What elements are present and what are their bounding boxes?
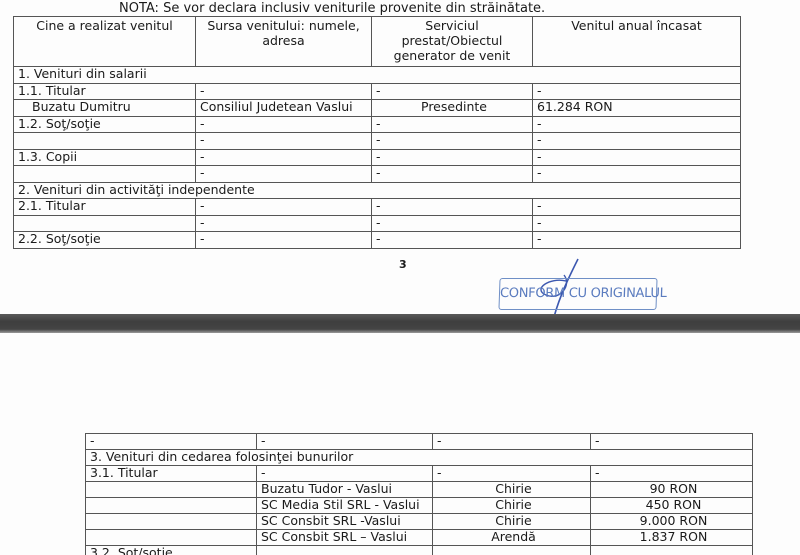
cell-income: - (591, 466, 753, 482)
table-row: 1.2. Soţ/soţie--- (14, 116, 741, 133)
table-row: 2.2. Soţ/soţie--- (14, 232, 741, 249)
cell-source: - (196, 215, 372, 232)
cell-service: Chirie (433, 498, 591, 514)
cell-who: - (86, 434, 257, 450)
section-row: 2. Venituri din activităţi independente (14, 182, 741, 199)
table-row: --- (14, 215, 741, 232)
cell-service: - (372, 232, 533, 249)
table-row: SC Consbit SRL – VasluiArendă1.837 RON (86, 530, 753, 546)
table-header-row: Cine a realizat venitul Sursa venitului:… (14, 17, 741, 67)
cell-source: - (196, 166, 372, 183)
cell-who (86, 498, 257, 514)
cell-service: Chirie (433, 482, 591, 498)
header-sursa: Sursa venitului: numele, adresa (196, 17, 372, 67)
cell-income: - (533, 166, 741, 183)
cell-who: 3.2. Soţ/soţie (86, 546, 257, 555)
cell-who (86, 530, 257, 546)
cell-service: - (372, 116, 533, 133)
document-page-1: NOTA: Se vor declara inclusiv veniturile… (0, 0, 800, 314)
income-table-part-1: Cine a realizat venitul Sursa venitului:… (13, 16, 741, 249)
cell-service: - (372, 149, 533, 166)
cell-income: - (591, 434, 753, 450)
cell-source: - (196, 116, 372, 133)
section-row: 1. Venituri din salarii (14, 67, 741, 84)
conform-stamp: CONFORM CU ORIGINALUL (498, 278, 657, 310)
table-row: SC Consbit SRL -VasluiChirie9.000 RON (86, 514, 753, 530)
cell-income: - (533, 83, 741, 100)
table-row: SC Media Stil SRL - VasluiChirie450 RON (86, 498, 753, 514)
cell-source: - (196, 83, 372, 100)
header-cine: Cine a realizat venitul (14, 17, 196, 67)
cell-source: - (196, 149, 372, 166)
page-number: 3 (399, 258, 407, 271)
cell-income: 90 RON (591, 482, 753, 498)
table-row: --- (14, 166, 741, 183)
section-title: 2. Venituri din activităţi independente (14, 182, 741, 199)
cell-income (591, 546, 753, 555)
cell-income: 450 RON (591, 498, 753, 514)
header-venit: Venitul anual încasat (533, 17, 741, 67)
table-row: 2.1. Titular--- (14, 199, 741, 216)
cell-service (433, 546, 591, 555)
document-page-2: ----3. Venituri din cedarea folosinţei b… (0, 333, 800, 555)
cell-who: 1.2. Soţ/soţie (14, 116, 196, 133)
cell-who (86, 514, 257, 530)
cell-income: - (533, 133, 741, 150)
table-row: Buzatu DumitruConsiliul Judetean VasluiP… (14, 100, 741, 117)
cell-source: SC Consbit SRL – Vaslui (257, 530, 433, 546)
cell-source: - (257, 466, 433, 482)
cell-income: - (533, 149, 741, 166)
cell-who (86, 482, 257, 498)
cell-who: 1.3. Copii (14, 149, 196, 166)
cell-service: - (372, 215, 533, 232)
page-separator (0, 314, 800, 333)
cell-source: Buzatu Tudor - Vaslui (257, 482, 433, 498)
cell-income: 61.284 RON (533, 100, 741, 117)
cell-service: Presedinte (372, 100, 533, 117)
cell-who: 3.1. Titular (86, 466, 257, 482)
cell-service: Chirie (433, 514, 591, 530)
cell-who (14, 133, 196, 150)
cell-who: 2.2. Soţ/soţie (14, 232, 196, 249)
income-table-part-2: ----3. Venituri din cedarea folosinţei b… (85, 433, 753, 555)
cell-income: 9.000 RON (591, 514, 753, 530)
note-text: NOTA: Se vor declara inclusiv veniturile… (119, 1, 545, 16)
cell-service: Arendă (433, 530, 591, 546)
cell-who: Buzatu Dumitru (14, 100, 196, 117)
cell-source: - (257, 434, 433, 450)
header-serviciu: Serviciul prestat/Obiectul generator de … (372, 17, 533, 67)
section-title: 1. Venituri din salarii (14, 67, 741, 84)
cell-income: - (533, 215, 741, 232)
table-row: Buzatu Tudor - VasluiChirie90 RON (86, 482, 753, 498)
cell-service: - (433, 434, 591, 450)
cell-source: - (196, 199, 372, 216)
cell-who (14, 215, 196, 232)
table-row: 1.1. Titular--- (14, 83, 741, 100)
table-row: --- (14, 133, 741, 150)
cell-income: 1.837 RON (591, 530, 753, 546)
table-row: ---- (86, 434, 753, 450)
cell-service: - (372, 133, 533, 150)
section-title: 3. Venituri din cedarea folosinţei bunur… (86, 450, 753, 466)
cell-service: - (372, 199, 533, 216)
cell-source: Consiliul Judetean Vaslui (196, 100, 372, 117)
cell-source: SC Consbit SRL -Vaslui (257, 514, 433, 530)
cell-source: SC Media Stil SRL - Vaslui (257, 498, 433, 514)
cell-income: - (533, 199, 741, 216)
cell-source: - (196, 133, 372, 150)
cell-service: - (372, 83, 533, 100)
cell-income: - (533, 116, 741, 133)
cell-service: - (433, 466, 591, 482)
section-row: 3. Venituri din cedarea folosinţei bunur… (86, 450, 753, 466)
table-row: 3.2. Soţ/soţie (86, 546, 753, 555)
cell-source (257, 546, 433, 555)
table-row: 1.3. Copii--- (14, 149, 741, 166)
cell-who (14, 166, 196, 183)
cell-service: - (372, 166, 533, 183)
cell-income: - (533, 232, 741, 249)
cell-who: 2.1. Titular (14, 199, 196, 216)
cell-who: 1.1. Titular (14, 83, 196, 100)
cell-source: - (196, 232, 372, 249)
table-row: 3.1. Titular--- (86, 466, 753, 482)
